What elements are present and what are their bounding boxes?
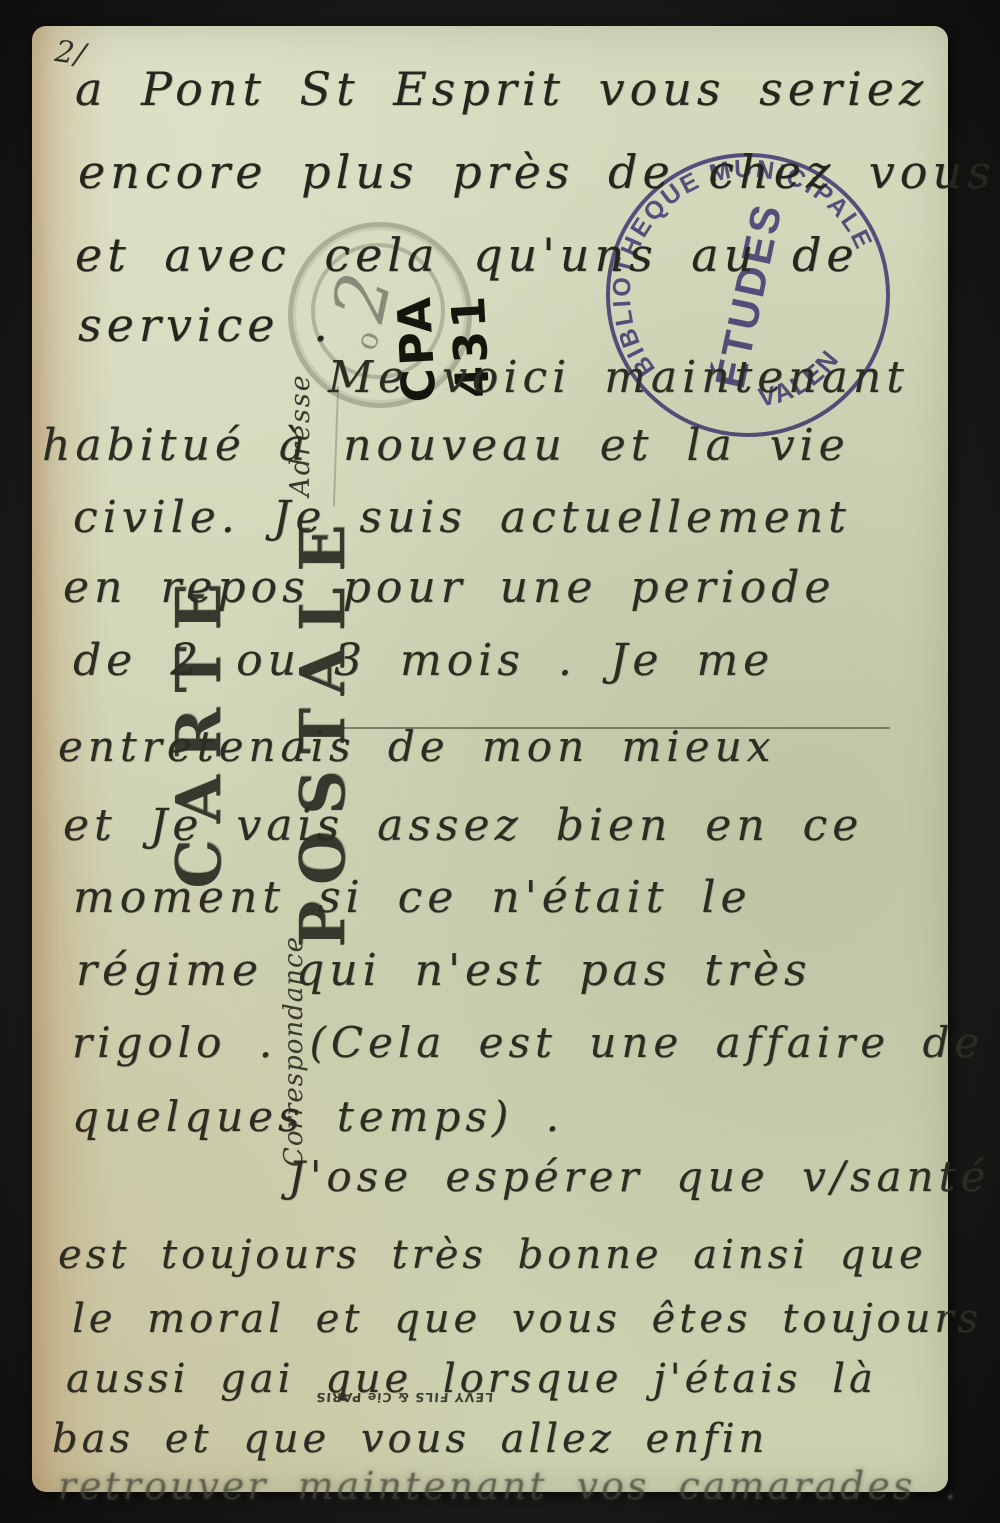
handwritten-line: le moral et que vous êtes toujours [72,1296,982,1342]
handwritten-line: en repos pour une periode [63,562,835,613]
handwritten-line: entretenais de mon mieux [58,722,775,771]
postcard: 2/ CARTE POSTALE Adresse Correspondance … [32,26,948,1492]
catalog-mark-number: 431 [439,258,502,433]
handwritten-line: Me voici maintenant [328,352,909,403]
handwritten-line: retrouver maintenant vos camarades . [58,1464,960,1508]
handwritten-line: régime qui n'est pas très [76,945,812,996]
handwritten-line: encore plus près de chez vous [78,145,996,199]
handwritten-line: rigolo . (Cela est une affaire de [72,1018,984,1067]
handwritten-line: J'ose espérer que v/santé [288,1152,990,1201]
handwritten-line: aussi gai que lorsque j'étais là [66,1356,877,1402]
handwritten-line: a Pont St Esprit vous seriez [75,62,928,116]
handwritten-line: et Je vais assez bien en ce [63,800,863,851]
handwritten-line: de 2 ou 3 mois . Je me [73,635,774,686]
handwritten-line: habitué à nouveau et la vie [42,420,850,471]
handwritten-line: quelques temps) . [72,1092,564,1141]
handwritten-line: moment si ce n'était le [73,872,752,923]
handwritten-line: est toujours très bonne ainsi que [58,1232,927,1278]
handwritten-line: et avec cela qu'uns au de [75,228,859,282]
handwritten-line: bas et que vous allez enfin [52,1416,768,1462]
catalog-mark-cpa: CPA [385,261,448,436]
handwritten-line: civile. Je suis actuellement [73,492,851,543]
catalog-mark: CPA 431 [385,264,505,436]
handwritten-line: service . [78,298,333,352]
